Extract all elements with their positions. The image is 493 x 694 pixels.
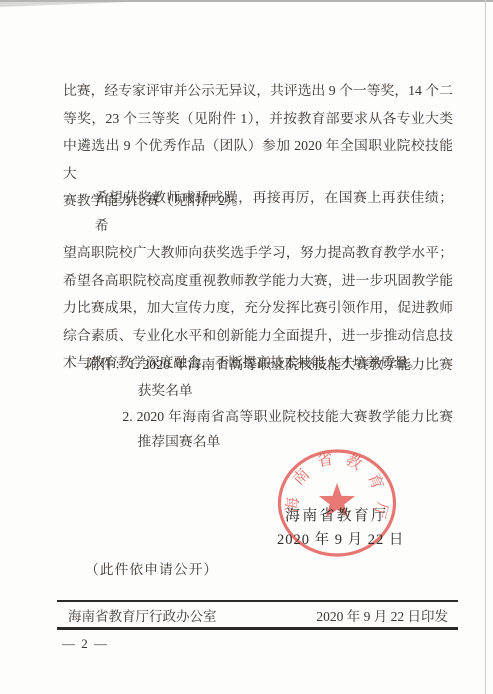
- footer-row: 海南省教育厅行政办公室 2020 年 9 月 22 日印发: [57, 604, 458, 626]
- footer-rule-top: [57, 600, 458, 602]
- signing-organization: 海南省教育厅: [285, 504, 388, 525]
- scan-top-edge: [0, 0, 493, 2]
- text-line: 附件：1. 2020 年海南省高等职业院校技能大赛教学能力比赛: [63, 352, 453, 378]
- disclosure-note: （此件依申请公开）: [85, 558, 218, 578]
- scan-right-edge: [485, 0, 486, 694]
- text-line: 希望获奖教师戒骄戒躁，再接再厉，在国赛上再获佳绩；希: [63, 184, 453, 239]
- signing-date: 2020 年 9 月 22 日: [277, 528, 404, 549]
- text-line: 获奖名单: [63, 378, 453, 404]
- attachment-list: 附件：1. 2020 年海南省高等职业院校技能大赛教学能力比赛获奖名单2. 20…: [63, 352, 453, 455]
- document-page: 比赛，经专家评审并公示无异议，共评选出 9 个一等奖，14 个二等奖，23 个三…: [0, 0, 493, 694]
- paragraph-hopes: 希望获奖教师戒骄戒躁，再接再厉，在国赛上再获佳绩；希望高职院校广大教师向获奖选手…: [63, 184, 453, 377]
- footer-rule-bottom: [57, 627, 458, 630]
- text-line: 希望各高职院校高度重视教师教学能力大赛，进一步巩固教学能: [63, 267, 453, 295]
- text-line: 力比赛成果，加大宣传力度，充分发挥比赛引领作用，促进教师: [63, 294, 453, 322]
- text-line: 中遴选出 9 个优秀作品（团队）参加 2020 年全国职业院校技能大: [63, 132, 453, 187]
- print-date: 2020 年 9 月 22 日印发: [316, 605, 448, 625]
- text-line: 2. 2020 年海南省高等职业院校技能大赛教学能力比赛: [63, 404, 453, 430]
- text-line: 综合素质、专业化水平和创新能力全面提升，进一步推动信息技: [63, 322, 453, 350]
- text-line: 比赛，经专家评审并公示无异议，共评选出 9 个一等奖，14 个二: [63, 77, 453, 105]
- text-line: 望高职院校广大教师向获奖选手学习，努力提高教育教学水平；: [63, 239, 453, 267]
- text-line: 等奖，23 个三等奖（见附件 1），并按教育部要求从各专业大类: [63, 105, 453, 133]
- issuing-office: 海南省教育厅行政办公室: [68, 605, 217, 625]
- page-number: — 2 —: [62, 636, 109, 652]
